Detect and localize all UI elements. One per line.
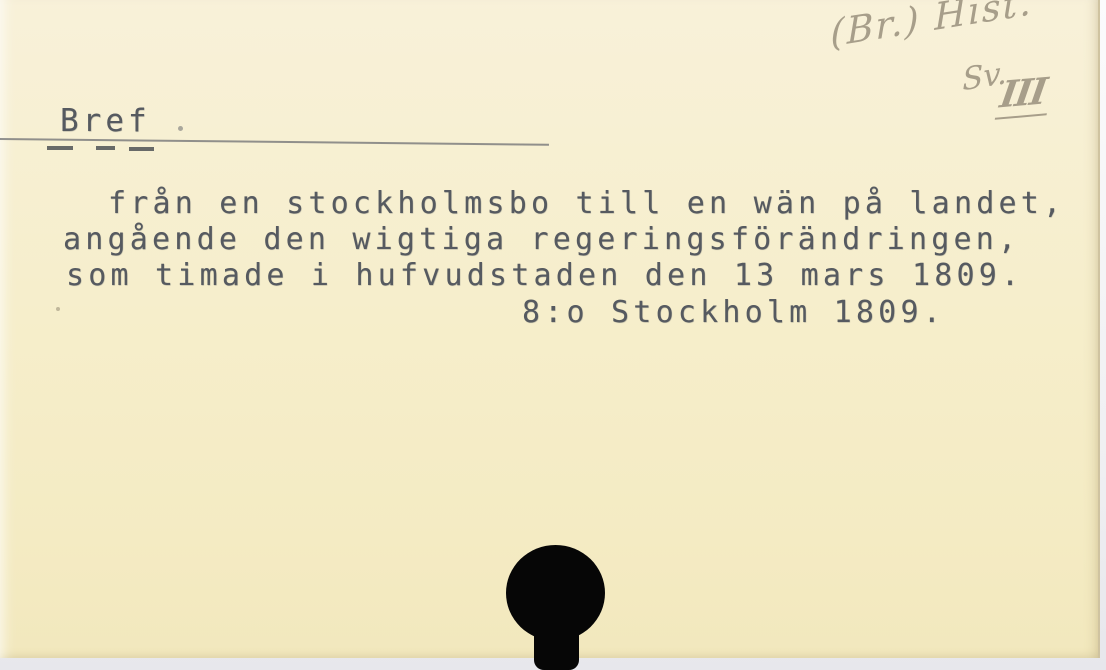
title-underline-rule	[0, 138, 549, 146]
scanned-catalog-card-image: (Br.) Hist. Sv. III Bref från en stockho…	[0, 0, 1106, 670]
card-title: Bref	[60, 103, 151, 139]
typed-line: angående den wigtiga regeringsförändring…	[63, 222, 1020, 258]
handwritten-volume-numeral: III	[995, 70, 1054, 120]
handwritten-classmark: (Br.) Hist.	[830, 0, 1033, 55]
typed-line: från en stockholmsbo till en wän på land…	[108, 186, 1065, 222]
typed-underscore	[96, 146, 115, 150]
ink-dot	[178, 126, 183, 131]
typed-line: som timade i hufvudstaden den 13 mars 18…	[66, 258, 1023, 294]
punch-hole-slot	[534, 622, 579, 670]
paper-speck	[56, 307, 60, 311]
typed-underscore	[47, 146, 73, 150]
typed-underscore	[129, 147, 154, 151]
typed-imprint-line: 8:o Stockholm 1809.	[522, 295, 945, 331]
